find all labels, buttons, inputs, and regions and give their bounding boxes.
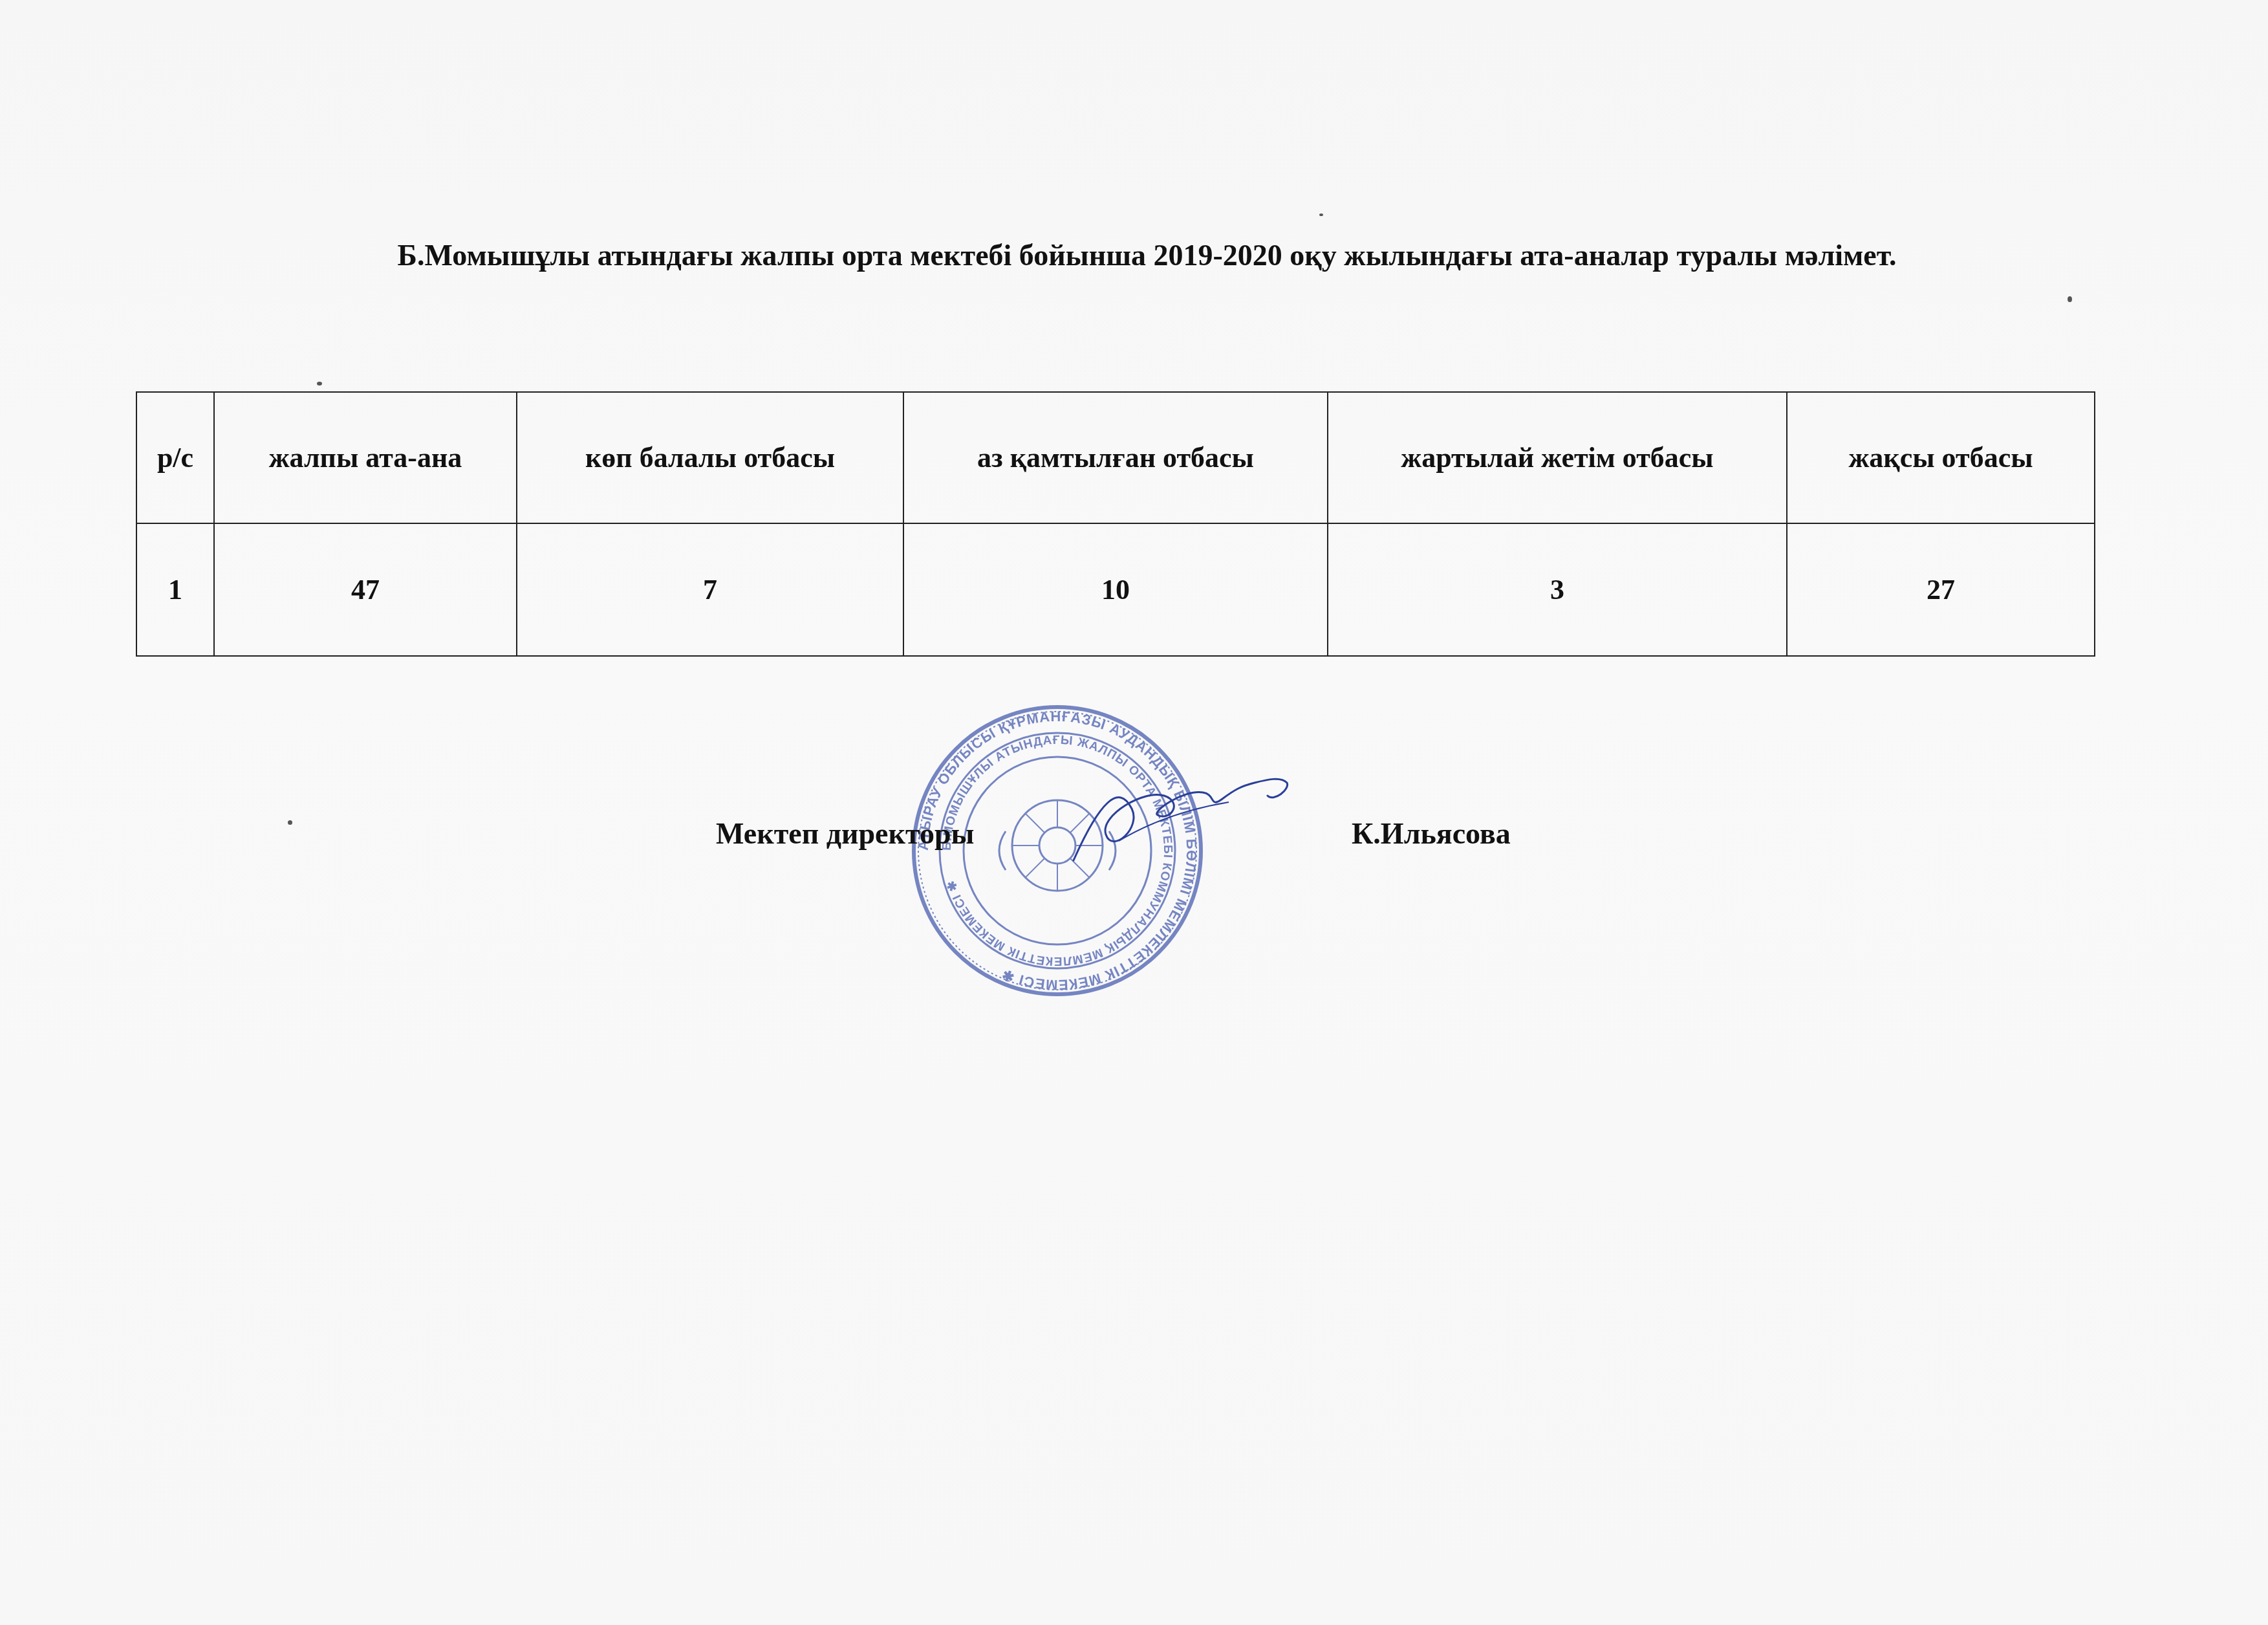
scan-speck [1319, 213, 1323, 216]
table-row: 1 47 7 10 3 27 [136, 523, 2095, 656]
table-header-row: р/с жалпы ата-ана көп балалы отбасы аз қ… [136, 392, 2095, 523]
cell-good-families: 27 [1787, 523, 2095, 656]
signature-icon [1061, 763, 1293, 873]
cell-large-families: 7 [517, 523, 903, 656]
document-page: Б.Момышұлы атындағы жалпы орта мектебі б… [0, 0, 2268, 1625]
cell-number: 1 [136, 523, 214, 656]
director-name: К.Ильясова [1352, 816, 1511, 851]
parents-info-table: р/с жалпы ата-ана көп балалы отбасы аз қ… [136, 391, 2095, 657]
cell-single-parent-families: 3 [1328, 523, 1787, 656]
header-cell-good-families: жақсы отбасы [1787, 392, 2095, 523]
header-cell-low-income-families: аз қамтылған отбасы [903, 392, 1328, 523]
header-cell-total-parents: жалпы ата-ана [214, 392, 517, 523]
director-title-label: Мектеп директоры [716, 816, 975, 851]
scan-speck [288, 820, 292, 825]
cell-total-parents: 47 [214, 523, 517, 656]
header-cell-large-families: көп балалы отбасы [517, 392, 903, 523]
cell-low-income-families: 10 [903, 523, 1328, 656]
scan-speck [317, 382, 322, 386]
scan-speck [2068, 296, 2072, 302]
document-title: Б.Момышұлы атындағы жалпы орта мектебі б… [0, 238, 2268, 272]
header-cell-number: р/с [136, 392, 214, 523]
header-cell-single-parent-families: жартылай жетім отбасы [1328, 392, 1787, 523]
